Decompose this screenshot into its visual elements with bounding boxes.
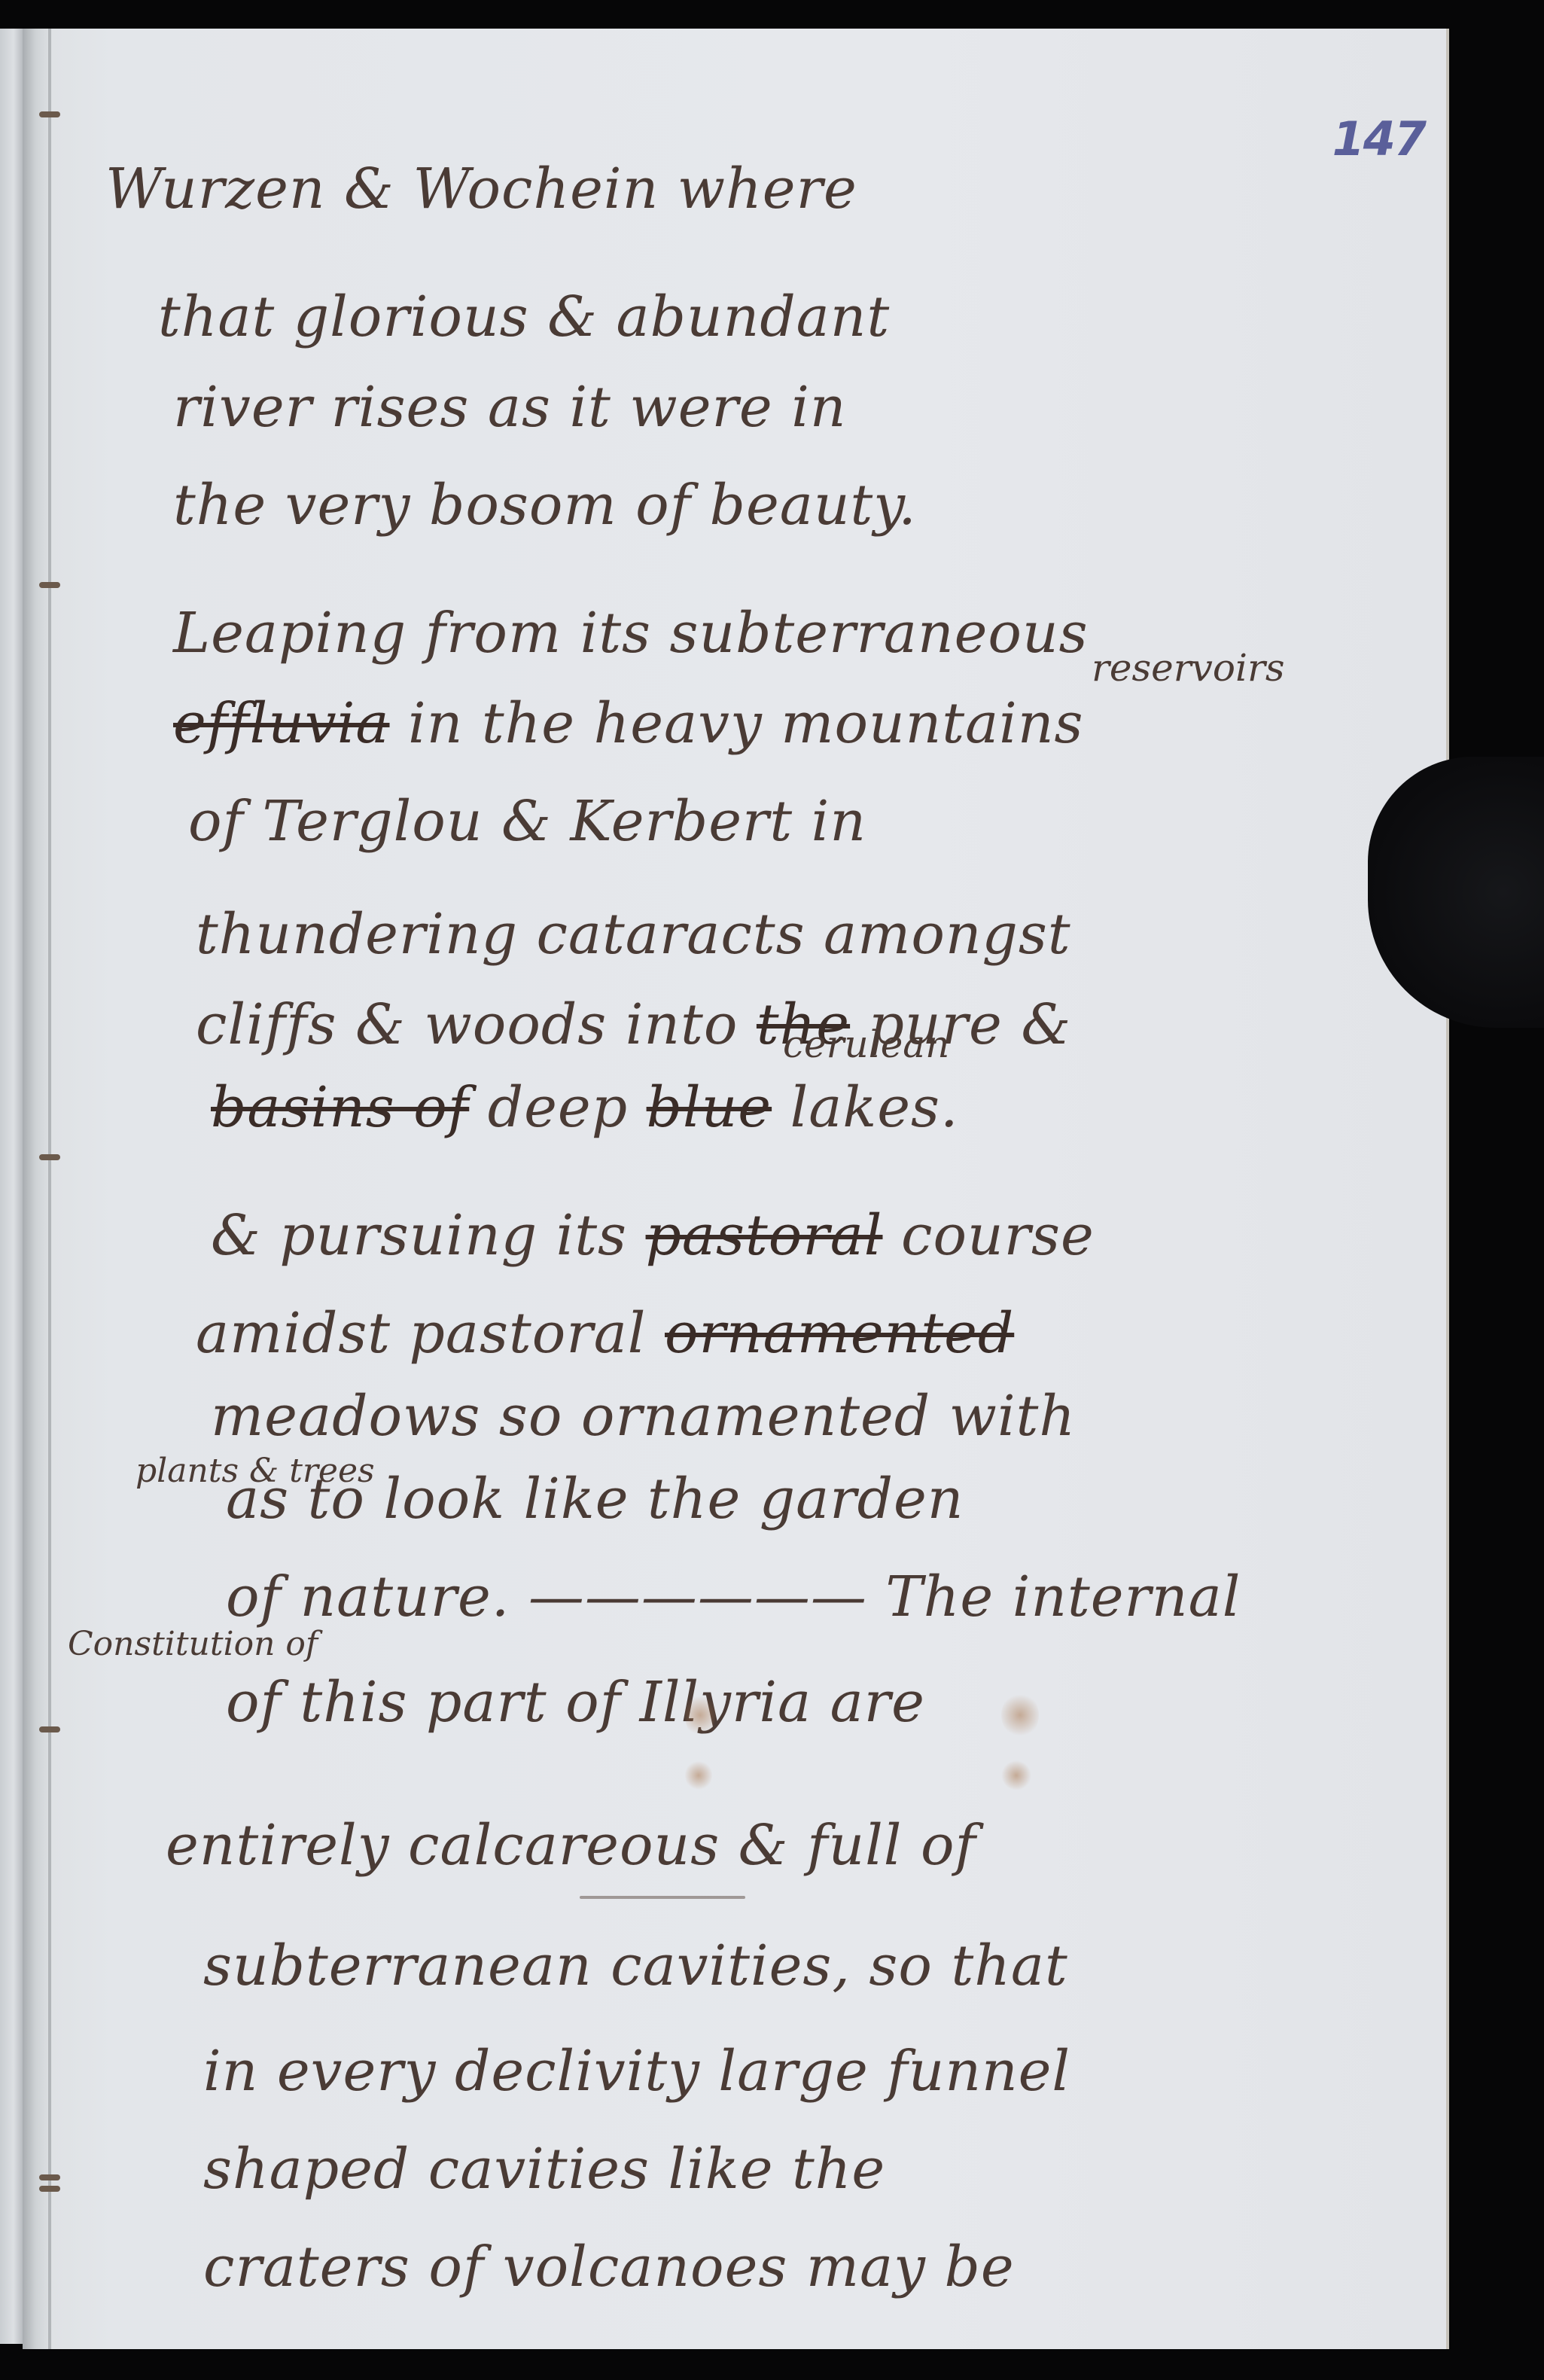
binding-stitch [39,582,60,588]
previous-page-edge [0,29,23,2344]
manuscript-line: effluvia in the heavy mountains [173,691,1083,756]
ink-stain [685,1693,715,1738]
binding-stitch [39,2174,60,2180]
manuscript-line: that glorious & abundant [158,285,890,349]
manuscript-line: the very bosom of beauty. [173,473,917,538]
deleted-word: pastoral [646,1203,883,1268]
manuscript-line: of Terglou & Kerbert in [188,789,866,854]
deleted-word: ornamented [665,1301,1014,1366]
deleted-word: effluvia [173,691,390,756]
manuscript-line: shaped cavities like the [203,2137,885,2202]
faint-rule [580,1896,745,1899]
margin-note: Constitution of [68,1625,318,1663]
binding-stitch [39,2186,60,2192]
binding-stitch [39,1154,60,1160]
manuscript-line: craters of volcanoes may be [203,2235,1015,2299]
folio-number: 147 [1332,111,1425,166]
deleted-word: blue [647,1075,772,1140]
manuscript-line: Leaping from its subterraneous [173,601,1089,666]
manuscript-line: Wurzen & Wochein where [105,157,857,221]
manuscript-line: subterranean cavities, so that [203,1934,1068,1998]
manuscript-line: in every declivity large funnel [203,2039,1070,2104]
interlinear-insertion: cerulean [783,1022,949,1066]
manuscript-line: of this part of Illyria are [226,1670,925,1735]
deleted-word: basins of [211,1075,469,1140]
ink-stain [685,1760,712,1790]
manuscript-line: amidst pastoral ornamented [196,1301,1014,1366]
ink-stain [1001,1760,1031,1790]
manuscript-line: river rises as it were in [173,375,847,440]
manuscript-line: thundering cataracts amongst [196,902,1071,967]
manuscript-line: basins of deep blue lakes. [211,1075,959,1140]
manuscript-line: meadows so ornamented with [211,1384,1076,1449]
interlinear-insertion: reservoirs [1092,646,1285,690]
binding-gutter [48,29,51,2349]
manuscript-line: as to look like the garden [226,1467,964,1531]
manuscript-line: of nature. —————— The internal [226,1565,1241,1629]
binding-stitch [39,1726,60,1732]
ink-stain [1001,1693,1039,1738]
manuscript-line: entirely calcareous & full of [166,1813,976,1878]
manuscript-page: 147 Wurzen & Wochein where that glorious… [23,29,1449,2349]
binding-stitch [39,111,60,117]
manuscript-line: & pursuing its pastoral course [211,1203,1095,1268]
